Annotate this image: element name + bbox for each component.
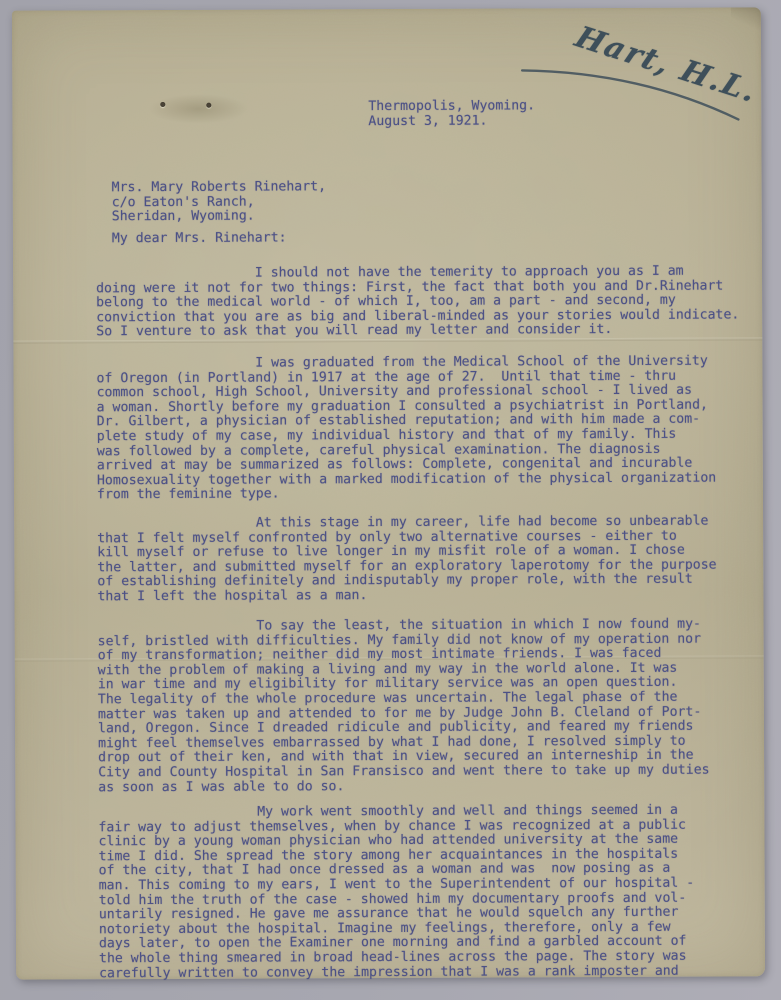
paragraph-3: At this stage in my career, life had bec… bbox=[97, 515, 717, 605]
paper-blemish bbox=[148, 94, 248, 124]
scanner-background: Hart, H.L. Thermopolis, Wyoming. August … bbox=[0, 0, 781, 1000]
dateline: Thermopolis, Wyoming. August 3, 1921. bbox=[368, 99, 535, 129]
paragraph-4: To say the least, the situation in which… bbox=[98, 618, 710, 796]
paragraph-5: My work went smoothly and well and thing… bbox=[98, 804, 694, 982]
corner-fold bbox=[731, 7, 761, 31]
paragraph-2: I was graduated from the Medical School … bbox=[96, 355, 716, 504]
staple-hole-left bbox=[160, 102, 165, 107]
letter-page: Hart, H.L. Thermopolis, Wyoming. August … bbox=[12, 7, 765, 979]
recipient-address: Mrs. Mary Roberts Rinehart, c/o Eaton's … bbox=[112, 180, 327, 225]
staple-hole-right bbox=[206, 103, 211, 108]
paragraph-1: I should not have the temerity to approa… bbox=[96, 264, 739, 340]
handwritten-annotation: Hart, H.L. bbox=[570, 20, 764, 110]
salutation: My dear Mrs. Rinehart: bbox=[112, 231, 287, 246]
